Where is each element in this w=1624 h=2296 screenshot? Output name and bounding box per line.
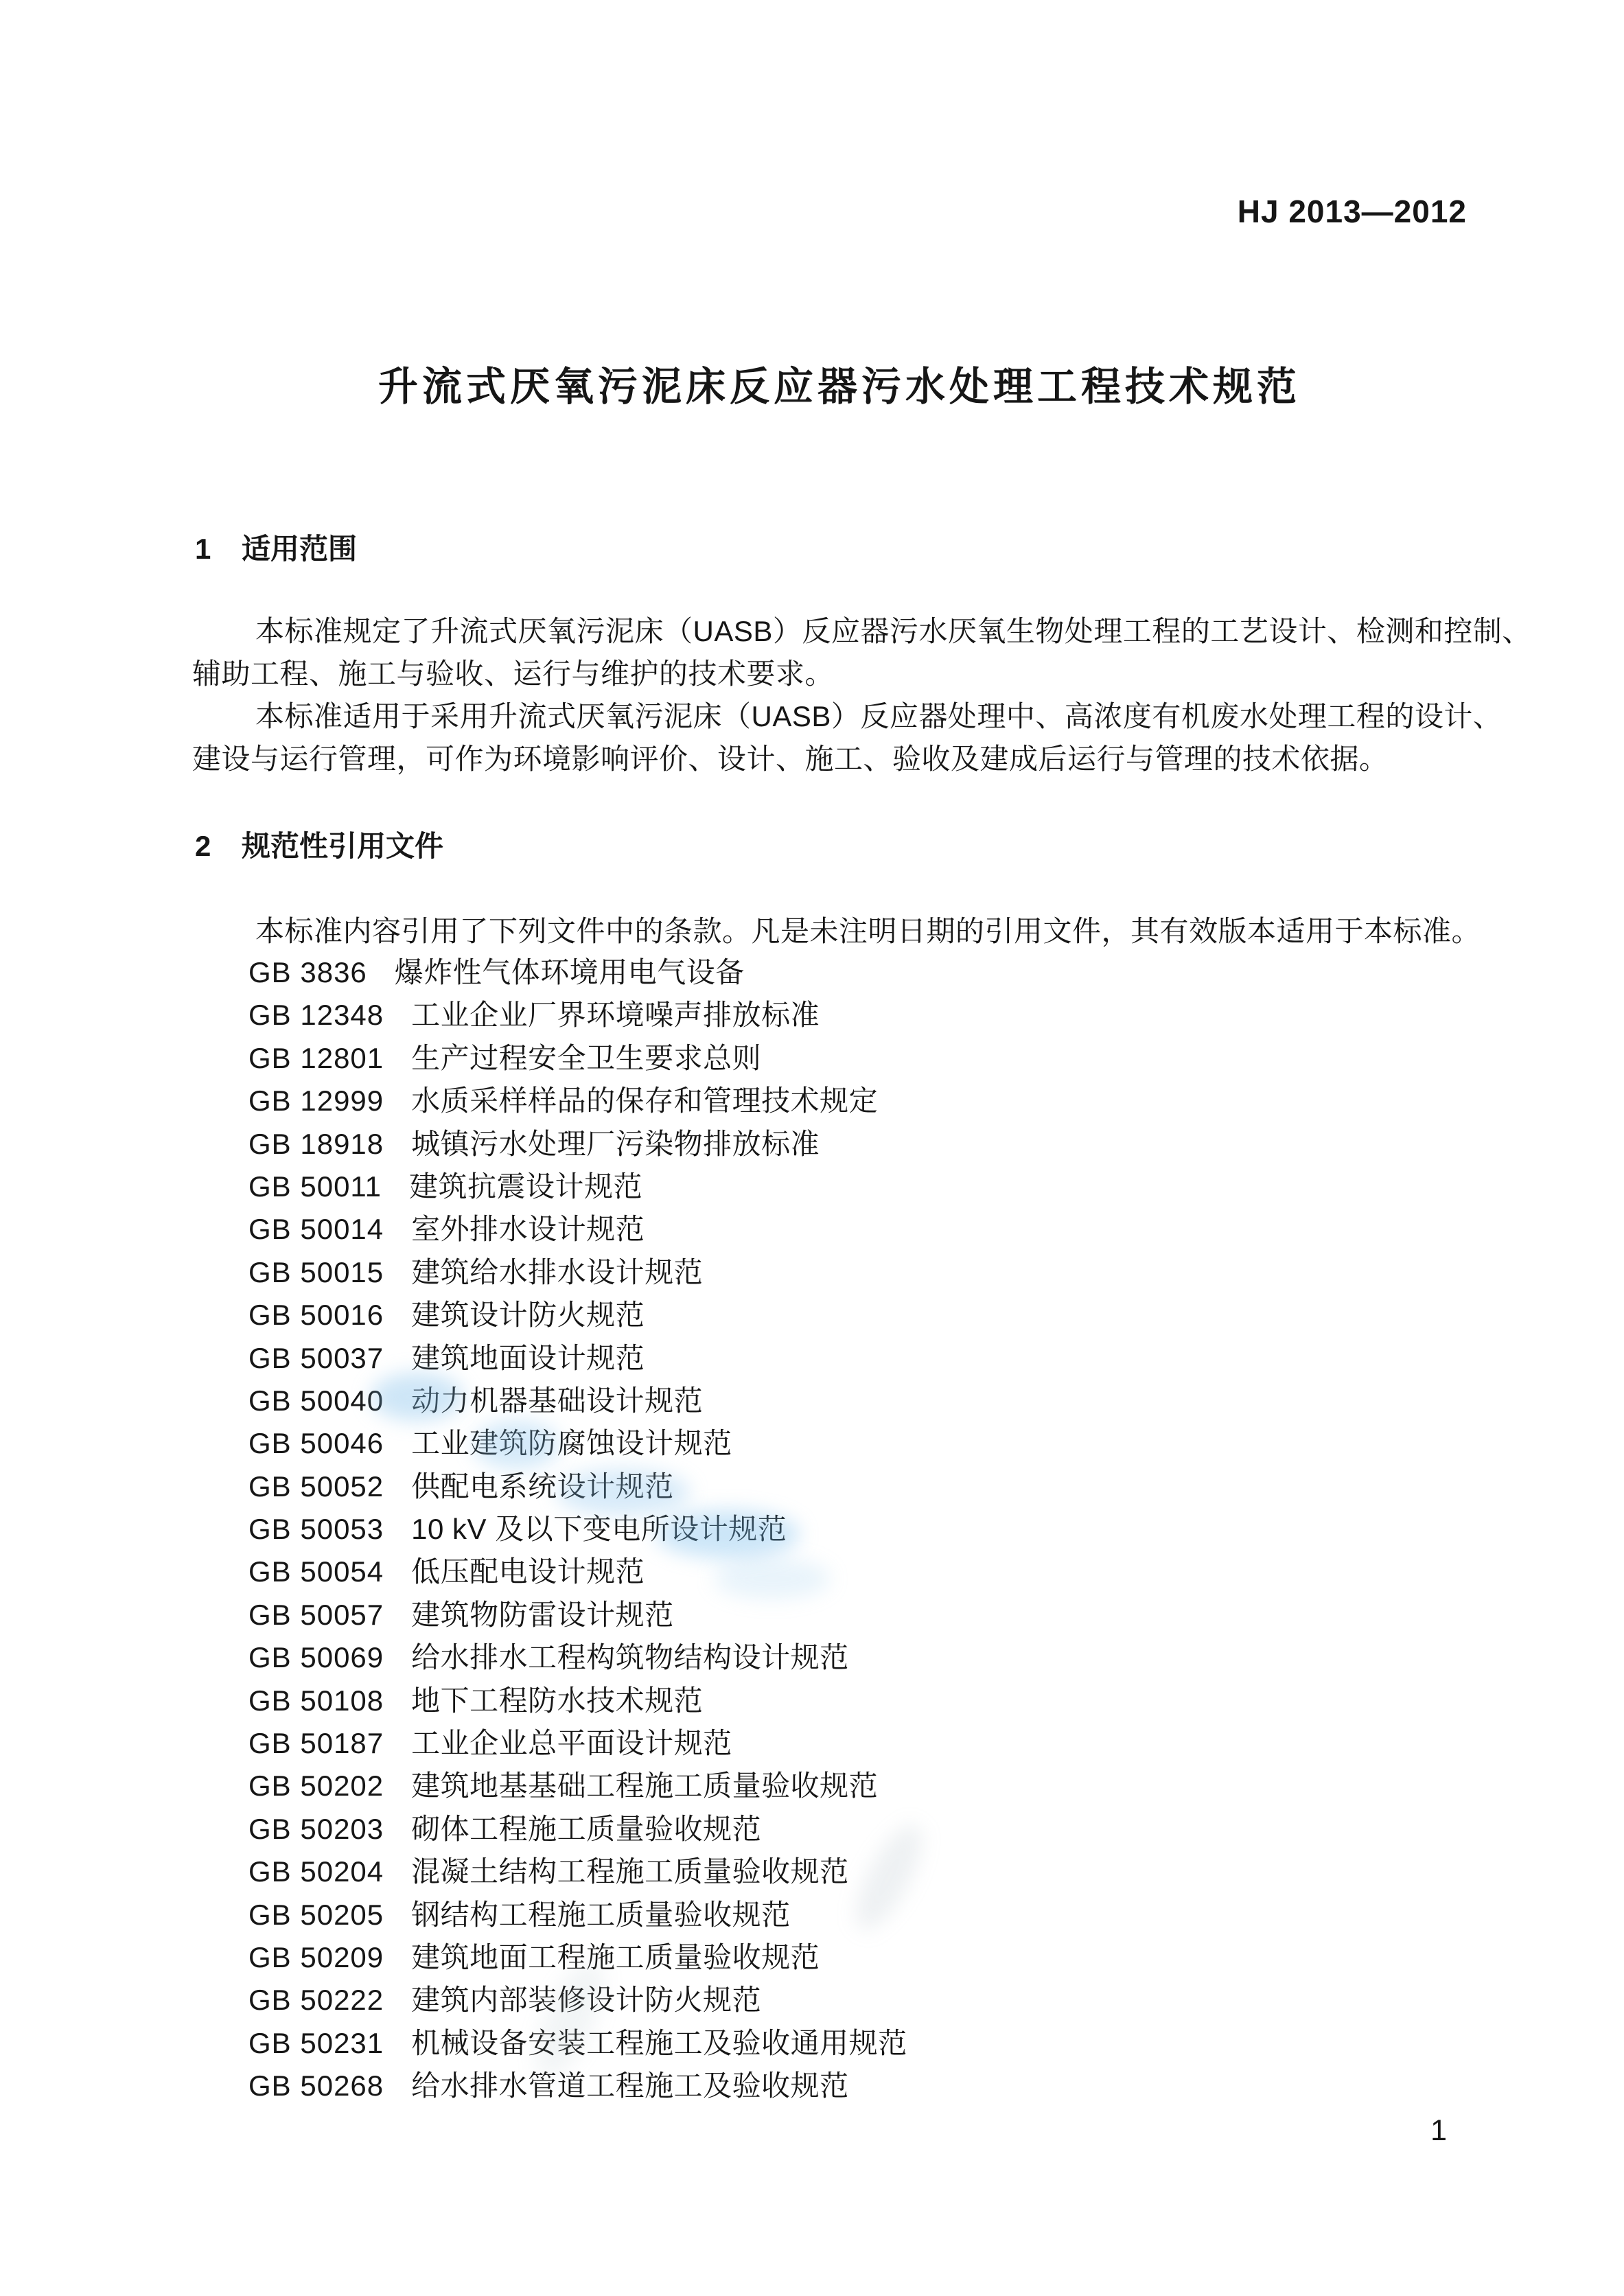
reference-item: GB 50054低压配电设计规范 (248, 1551, 907, 1593)
reference-item: GB 50011建筑抗震设计规范 (248, 1166, 907, 1208)
references-list: GB 3836爆炸性气体环境用电气设备 GB 12348工业企业厂界环境噪声排放… (248, 951, 907, 2108)
reference-item: GB 50040动力机器基础设计规范 (248, 1380, 907, 1422)
section-1-number: 1 (195, 535, 242, 564)
reference-item: GB 12348工业企业厂界环境噪声排放标准 (248, 994, 907, 1036)
reference-item: GB 50268给水排水管道工程施工及验收规范 (248, 2065, 907, 2107)
paragraph-line: 本标准内容引用了下列文件中的条款。凡是未注明日期的引用文件，其有效版本适用于本标… (192, 910, 1483, 953)
reference-title: 建筑内部装修设计防火规范 (411, 1984, 761, 2016)
reference-code: GB 50011 (248, 1166, 382, 1208)
reference-code: GB 50108 (248, 1680, 384, 1722)
reference-title: 建筑给水排水设计规范 (411, 1256, 703, 1288)
reference-code: GB 50187 (248, 1722, 384, 1765)
reference-item: GB 5005310 kV 及以下变电所设计规范 (248, 1508, 907, 1551)
references-intro: 本标准内容引用了下列文件中的条款。凡是未注明日期的引用文件，其有效版本适用于本标… (192, 910, 1483, 953)
reference-item: GB 50014室外排水设计规范 (248, 1208, 907, 1251)
paragraph-line: 辅助工程、施工与验收、运行与维护的技术要求。 (192, 653, 1483, 695)
reference-title: 工业建筑防腐蚀设计规范 (411, 1427, 732, 1459)
paragraph-line: 本标准适用于采用升流式厌氧污泥床（UASB）反应器处理中、高浓度有机废水处理工程… (192, 695, 1483, 738)
reference-code: GB 50203 (248, 1808, 384, 1851)
reference-title: 工业企业厂界环境噪声排放标准 (411, 999, 820, 1031)
reference-title: 钢结构工程施工质量验收规范 (411, 1899, 791, 1931)
reference-title: 地下工程防水技术规范 (411, 1684, 703, 1717)
section-2-number: 2 (195, 832, 242, 861)
reference-item: GB 50015建筑给水排水设计规范 (248, 1251, 907, 1294)
reference-title: 生产过程安全卫生要求总则 (411, 1042, 761, 1074)
section-1-heading: 1适用范围 (195, 535, 357, 564)
reference-title: 城镇污水处理厂污染物排放标准 (411, 1128, 820, 1160)
reference-item: GB 50016建筑设计防火规范 (248, 1294, 907, 1336)
reference-item: GB 50069给水排水工程构筑物结构设计规范 (248, 1636, 907, 1679)
paragraph-line: 建设与运行管理，可作为环境影响评价、设计、施工、验收及建成后运行与管理的技术依据… (192, 738, 1483, 780)
reference-code: GB 50052 (248, 1465, 384, 1508)
reference-title: 建筑地面工程施工质量验收规范 (411, 1941, 820, 1973)
reference-item: GB 50205钢结构工程施工质量验收规范 (248, 1894, 907, 1936)
reference-title: 10 kV 及以下变电所设计规范 (411, 1513, 787, 1545)
paragraph-line: 本标准规定了升流式厌氧污泥床（UASB）反应器污水厌氧生物处理工程的工艺设计、检… (192, 610, 1483, 653)
reference-title: 给水排水管道工程施工及验收规范 (411, 2069, 849, 2102)
reference-title: 低压配电设计规范 (411, 1555, 645, 1588)
reference-title: 混凝土结构工程施工质量验收规范 (411, 1855, 849, 1888)
reference-item: GB 50222建筑内部装修设计防火规范 (248, 1979, 907, 2021)
reference-item: GB 50204混凝土结构工程施工质量验收规范 (248, 1851, 907, 1893)
reference-code: GB 50202 (248, 1765, 384, 1807)
reference-code: GB 50046 (248, 1422, 384, 1465)
reference-item: GB 3836爆炸性气体环境用电气设备 (248, 951, 907, 994)
reference-code: GB 12999 (248, 1080, 384, 1122)
reference-title: 机械设备安装工程施工及验收通用规范 (411, 2027, 907, 2059)
reference-item: GB 12999水质采样样品的保存和管理技术规定 (248, 1080, 907, 1122)
reference-title: 爆炸性气体环境用电气设备 (395, 956, 745, 988)
reference-code: GB 50014 (248, 1208, 384, 1251)
reference-code: GB 50054 (248, 1551, 384, 1593)
scope-paragraphs: 本标准规定了升流式厌氧污泥床（UASB）反应器污水厌氧生物处理工程的工艺设计、检… (192, 610, 1483, 780)
reference-title: 动力机器基础设计规范 (411, 1384, 703, 1417)
reference-item: GB 50037建筑地面设计规范 (248, 1337, 907, 1380)
reference-code: GB 50268 (248, 2065, 384, 2107)
reference-item: GB 50203砌体工程施工质量验收规范 (248, 1808, 907, 1851)
reference-code: GB 50204 (248, 1851, 384, 1893)
reference-title: 供配电系统设计规范 (411, 1470, 674, 1503)
reference-code: GB 50015 (248, 1251, 384, 1294)
reference-item: GB 50209建筑地面工程施工质量验收规范 (248, 1936, 907, 1979)
reference-title: 室外排水设计规范 (411, 1213, 645, 1245)
standard-number: HJ 2013—2012 (1238, 193, 1467, 230)
reference-code: GB 50016 (248, 1294, 384, 1336)
document-page: HJ 2013—2012 升流式厌氧污泥床反应器污水处理工程技术规范 1适用范围… (0, 0, 1624, 2296)
reference-code: GB 50205 (248, 1894, 384, 1936)
reference-title: 砌体工程施工质量验收规范 (411, 1813, 761, 1845)
reference-item: GB 50187工业企业总平面设计规范 (248, 1722, 907, 1765)
reference-item: GB 50231机械设备安装工程施工及验收通用规范 (248, 2022, 907, 2065)
reference-code: GB 12801 (248, 1037, 384, 1080)
reference-code: GB 18918 (248, 1123, 384, 1166)
reference-item: GB 50052供配电系统设计规范 (248, 1465, 907, 1508)
reference-code: GB 50037 (248, 1337, 384, 1380)
reference-title: 建筑抗震设计规范 (409, 1170, 642, 1203)
page-number: 1 (1430, 2114, 1447, 2147)
reference-item: GB 50108地下工程防水技术规范 (248, 1680, 907, 1722)
reference-code: GB 3836 (248, 951, 367, 994)
reference-code: GB 12348 (248, 994, 384, 1036)
reference-code: GB 50040 (248, 1380, 384, 1422)
reference-item: GB 18918城镇污水处理厂污染物排放标准 (248, 1123, 907, 1166)
reference-title: 建筑地基基础工程施工质量验收规范 (411, 1770, 878, 1802)
reference-code: GB 50231 (248, 2022, 384, 2065)
reference-item: GB 50202建筑地基基础工程施工质量验收规范 (248, 1765, 907, 1807)
reference-item: GB 50046工业建筑防腐蚀设计规范 (248, 1422, 907, 1465)
reference-title: 水质采样样品的保存和管理技术规定 (411, 1085, 878, 1117)
reference-title: 给水排水工程构筑物结构设计规范 (411, 1641, 849, 1673)
reference-item: GB 50057建筑物防雷设计规范 (248, 1594, 907, 1636)
reference-code: GB 50069 (248, 1636, 384, 1679)
section-2-title: 规范性引用文件 (242, 830, 443, 862)
document-title: 升流式厌氧污泥床反应器污水处理工程技术规范 (27, 354, 1624, 412)
reference-code: GB 50222 (248, 1979, 384, 2021)
reference-title: 工业企业总平面设计规范 (411, 1727, 732, 1759)
reference-code: GB 50057 (248, 1594, 384, 1636)
section-1-title: 适用范围 (242, 533, 357, 565)
section-2-heading: 2规范性引用文件 (195, 832, 443, 861)
reference-code: GB 50209 (248, 1936, 384, 1979)
reference-item: GB 12801生产过程安全卫生要求总则 (248, 1037, 907, 1080)
reference-title: 建筑物防雷设计规范 (411, 1599, 674, 1631)
reference-code: GB 50053 (248, 1508, 384, 1551)
reference-title: 建筑地面设计规范 (411, 1342, 645, 1374)
reference-title: 建筑设计防火规范 (411, 1299, 645, 1331)
